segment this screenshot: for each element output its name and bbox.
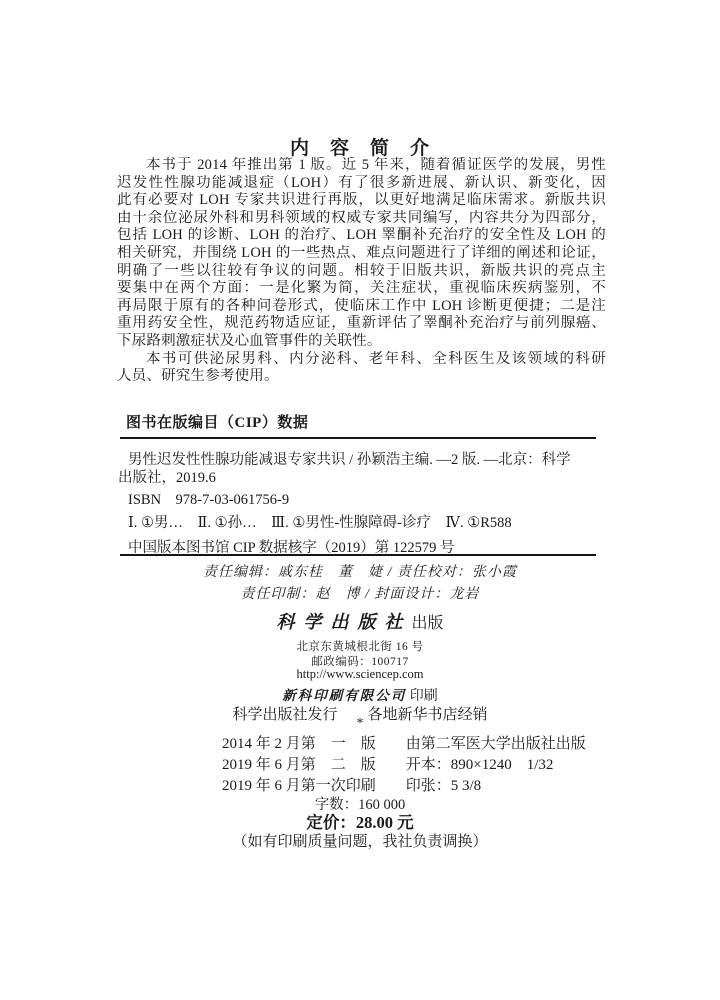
intro-title: 内 容 简 介 (0, 133, 720, 160)
publisher-line: 科学出版社出版 (0, 608, 720, 634)
edition-line-printrun: 2019 年 6 月第一次印刷 印张：5 3/8 (222, 774, 481, 795)
intro-paragraphs: 本书于 2014 年推出第 1 版。近 5 年来，随着循证医学的发展，男性 迟发… (117, 157, 606, 386)
cip-divider-bottom (120, 554, 596, 556)
quality-note: （如有印刷质量问题，我社负责调换） (0, 830, 720, 851)
intro-line: 再局限于原有的各种问卷形式，使临床工作中 LOH 诊断更便捷；二是注 (117, 298, 606, 316)
credit-printing: 责任印制：赵 博 / 封面设计：龙岩 (0, 583, 720, 603)
publisher-logotype: 科学出版社 (276, 612, 411, 632)
intro-line: 包括 LOH 的诊断、LOH 的治疗、LOH 睾酮补充治疗的安全性及 LOH 的 (117, 227, 606, 245)
intro-line: 本书可供泌尿男科、内分泌科、老年科、全科医生及该领域的科研 (117, 351, 606, 369)
intro-line: 人员、研究生参考使用。 (117, 368, 606, 386)
cip-title-line2: 出版社，2019.6 (118, 466, 216, 487)
intro-line: 下尿路刺激症状及心血管事件的关联性。 (117, 333, 606, 351)
cip-heading: 图书在版编目（CIP）数据 (126, 411, 308, 432)
intro-line: 要集中在两个方面：一是化繁为简，关注症状，重视临床疾病鉴别，不 (117, 280, 606, 298)
intro-line: 明确了一些以往较有争议的问题。相较于旧版共识，新版共识的亮点主 (117, 263, 606, 281)
publisher-suffix: 出版 (411, 615, 443, 632)
cip-isbn: ISBN 978-7-03-061756-9 (128, 488, 289, 509)
intro-line: 由十余位泌尿外科和男科领域的权威专家共同编写，内容共分为四部分， (117, 210, 606, 228)
cip-classification: Ⅰ. ①男… Ⅱ. ①孙… Ⅲ. ①男性-性腺障碍-诊疗 Ⅳ. ①R588 (128, 511, 512, 532)
intro-line: 本书于 2014 年推出第 1 版。近 5 年来，随着循证医学的发展，男性 (117, 157, 606, 175)
credit-editors: 责任编辑：戚东桂 董 婕 / 责任校对：张小霞 (0, 561, 720, 581)
printer-suffix: 印刷 (406, 689, 438, 704)
cip-divider-top (120, 437, 596, 439)
section-divider-star: * (0, 716, 720, 732)
intro-line: 相关研究，并围绕 LOH 的一些热点、难点问题进行了详细的阐述和论证， (117, 245, 606, 263)
edition-line-first: 2014 年 2 月第 一 版 由第二军医大学出版社出版 (222, 732, 586, 753)
edition-line-second: 2019 年 6 月第 二 版 开本：890×1240 1/32 (222, 753, 553, 774)
publisher-website: http://www.sciencep.com (0, 667, 720, 682)
copyright-page: 内 容 简 介 本书于 2014 年推出第 1 版。近 5 年来，随着循证医学的… (0, 0, 720, 1000)
printer-logotype: 新科印刷有限公司 (282, 688, 406, 703)
intro-line: 重用药安全性，规范药物适应证，重新评估了睾酮补充治疗与前列腺癌、 (117, 315, 606, 333)
publisher-address: 北京东黄城根北街 16 号 (0, 638, 720, 654)
intro-line: 此有必要对 LOH 专家共识进行再版，以更好地满足临床需求。新版共识 (117, 192, 606, 210)
intro-line: 迟发性性腺功能减退症（LOH）有了很多新进展、新认识、新变化，因 (117, 175, 606, 193)
printer-line: 新科印刷有限公司 印刷 (0, 684, 720, 705)
